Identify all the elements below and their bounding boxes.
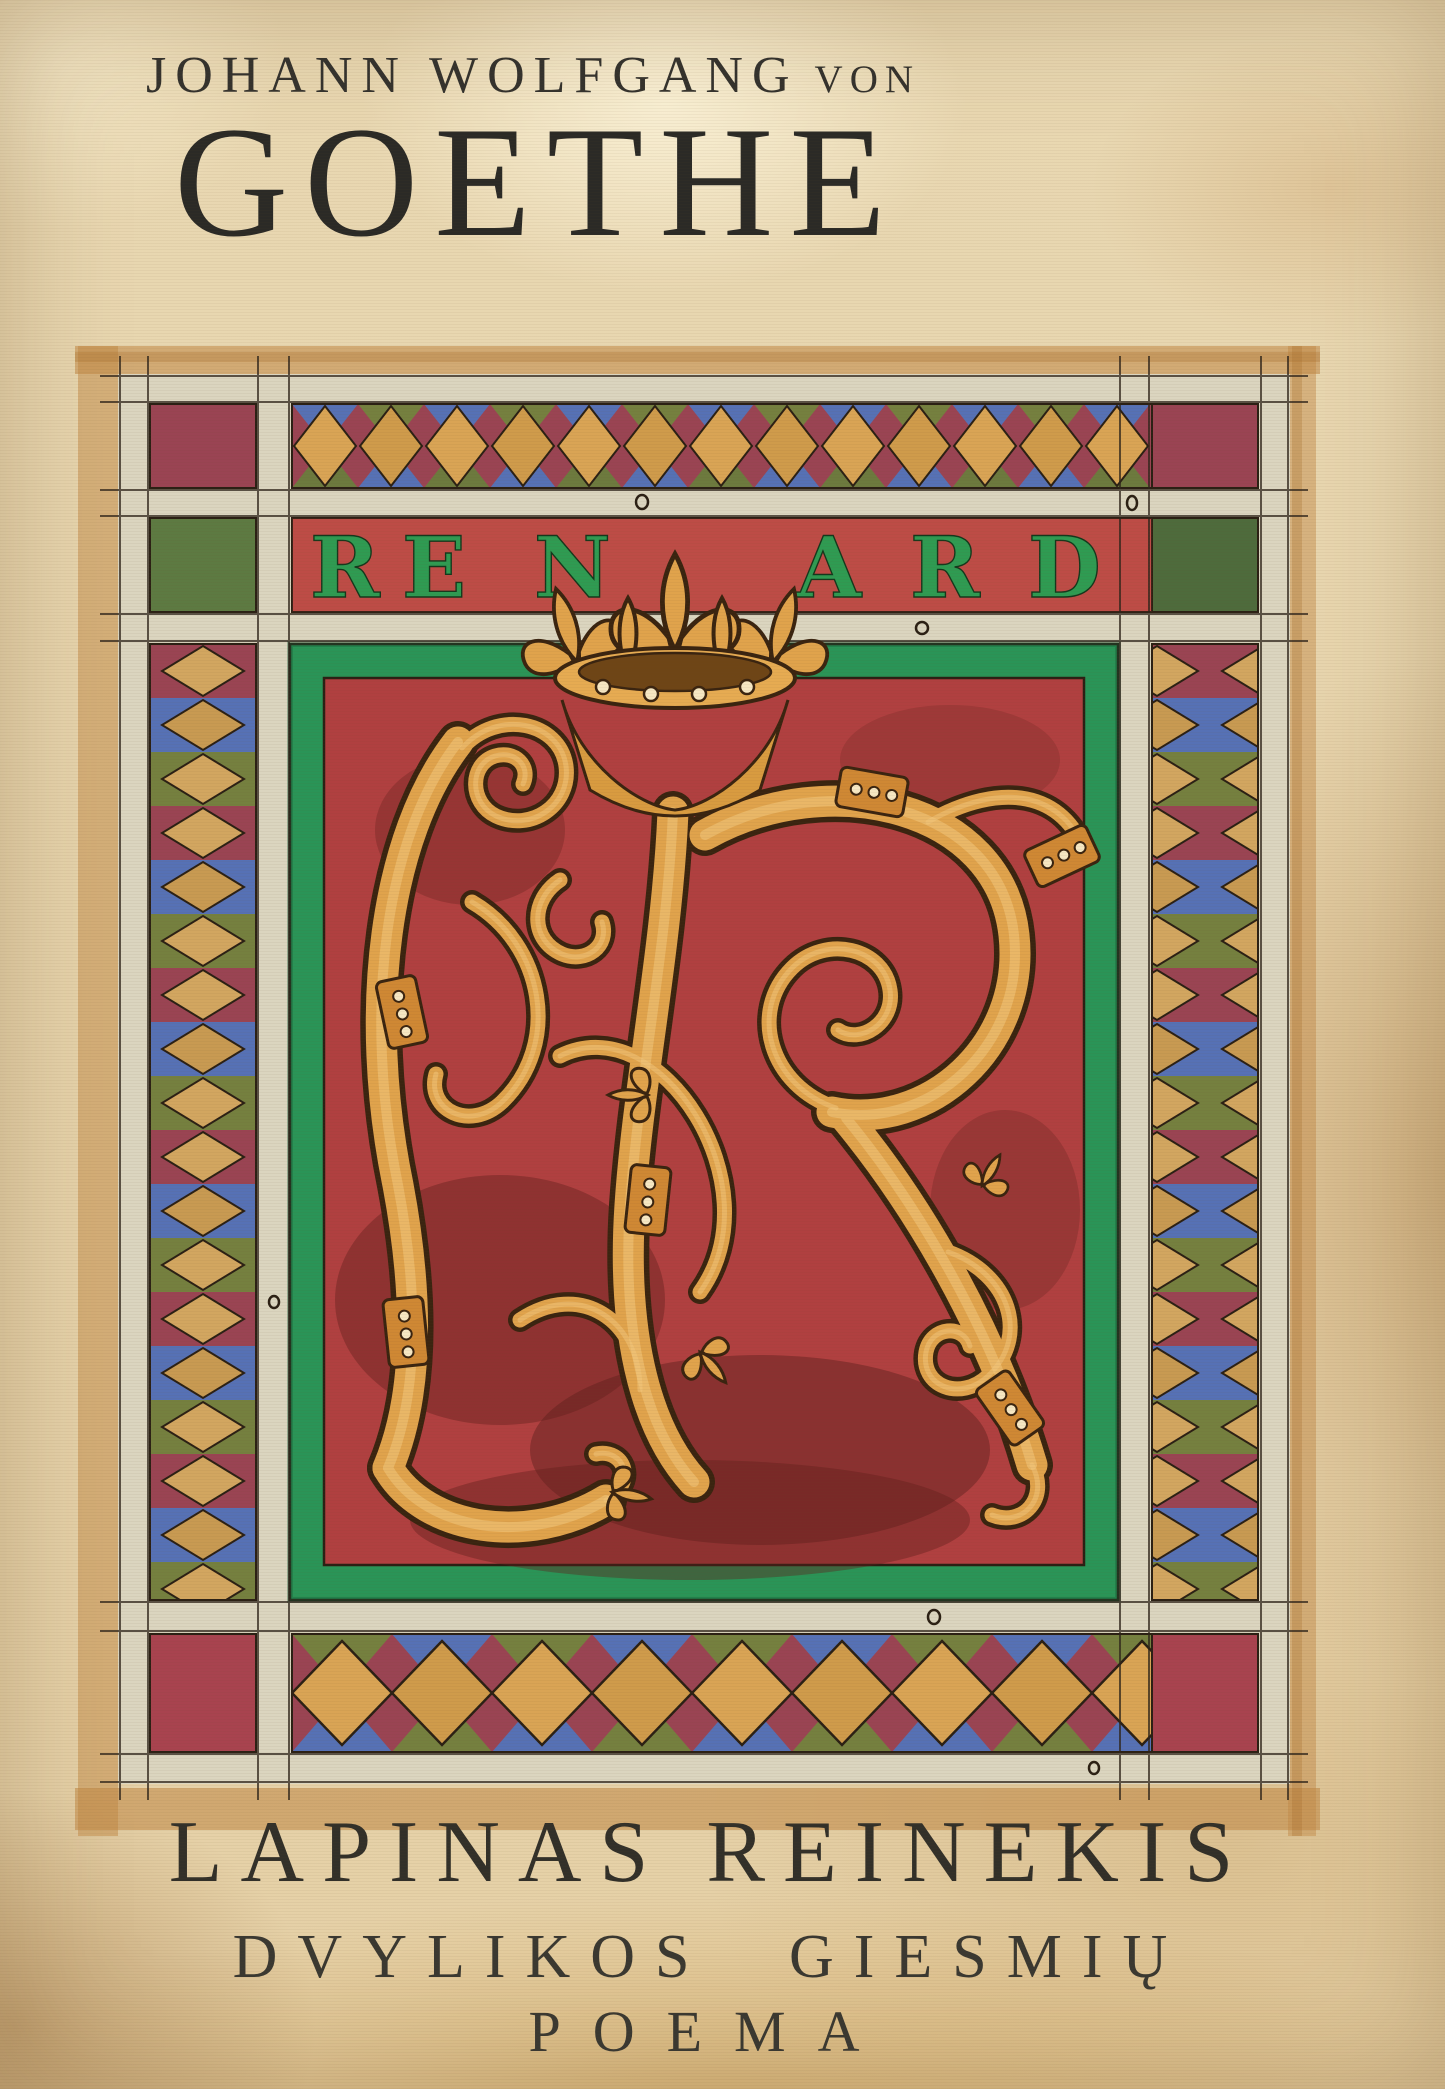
pen-marks (269, 495, 1137, 1774)
author-surname-title: GOETHE (0, 92, 1076, 274)
renard-letter: E (402, 518, 466, 617)
frame-corner-squares (150, 404, 1258, 1752)
book-subtitle: DVYLIKOS GIESMIŲ (0, 1922, 1420, 1993)
book-genre-label: POEMA (0, 1998, 1420, 2065)
monogram-cuffs (375, 766, 1101, 1447)
renard-banner: R E N A R D (292, 518, 1152, 617)
renard-letter: N (534, 518, 611, 617)
wash-frame (75, 346, 1320, 1836)
diamond-bands (150, 404, 1258, 1752)
book-cover: R E N A R D (0, 0, 1445, 2089)
crown (507, 554, 842, 816)
illuminated-monogram (375, 724, 1101, 1527)
renard-letter: D (1028, 518, 1101, 617)
renard-letter: A (795, 518, 863, 617)
renard-letter: R (310, 518, 381, 617)
renard-letter: R (910, 518, 981, 617)
book-title: LAPINAS REINEKIS (0, 1802, 1420, 1903)
frame-rule-lines (100, 356, 1308, 1800)
central-panel (290, 644, 1118, 1600)
frame-base (118, 374, 1290, 1784)
cover-illustration: R E N A R D (60, 330, 1340, 1860)
